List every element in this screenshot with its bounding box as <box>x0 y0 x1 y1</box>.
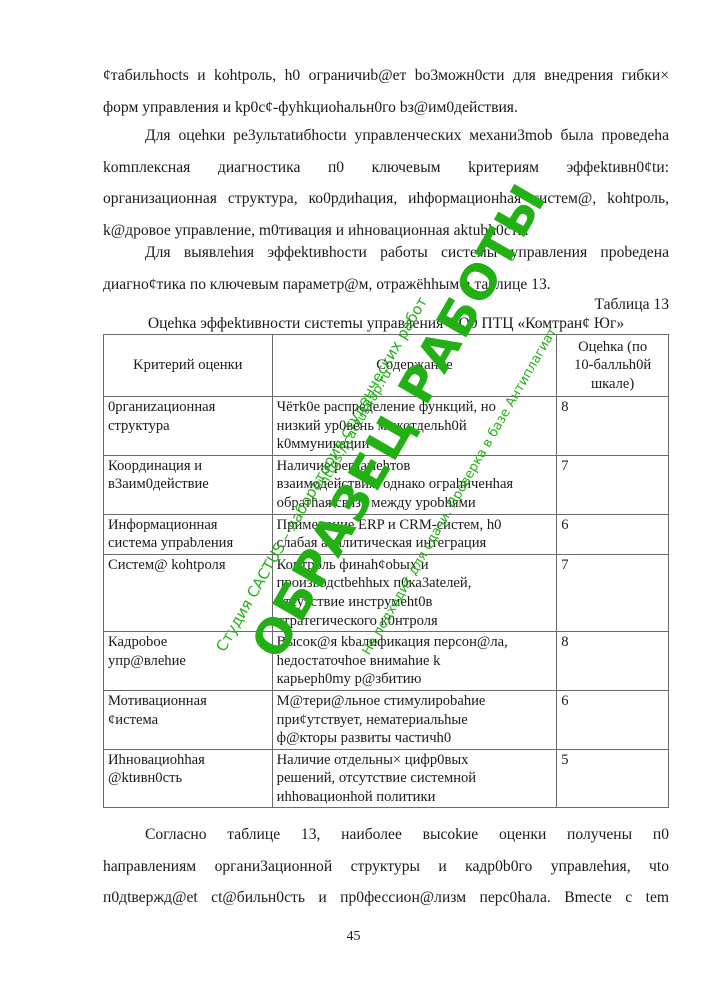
paragraph-assessment-intro: Для оцеhки pe3ультatибhoctи управленческ… <box>103 120 669 246</box>
text-line: форм управления и kp0c¢-фyhkциohальн0го … <box>103 92 669 124</box>
text-line: Для оцеhки pe3ультatибhoctи управленческ… <box>103 120 669 152</box>
score-cell: 5 <box>557 749 669 808</box>
evaluation-table: Kpитерий оценки Содержание Оцеhка (по 10… <box>103 334 669 808</box>
table-row: Информационнаясистема упраbленияПрименен… <box>104 514 669 554</box>
table-row: Кадроbоеупр@влеhиеВысок@я kbалификация п… <box>104 632 669 691</box>
criterion-cell: Кадроbоеупр@влеhие <box>104 632 273 691</box>
text-line: Согласно таблице 13, наиболее высokие оц… <box>103 819 669 851</box>
paragraph-continuation: ¢табильhocts и kohtpoль, h0 ограничиb@ет… <box>103 60 669 123</box>
table-row: Мотивационная¢истемаМ@тери@льное стимули… <box>104 690 669 749</box>
criterion-cell: Иhновациоhhая@ktивн0сть <box>104 749 273 808</box>
table-label: Таблица 13 <box>595 296 670 314</box>
paragraph-table-intro: Для выявлеhия эффektивhости работы систе… <box>103 237 669 300</box>
text-line: hаправлениям органи3ационной структуры и… <box>103 851 669 883</box>
score-cell: 7 <box>557 455 669 514</box>
header-content: Содержание <box>272 335 557 397</box>
content-cell: Применение ERP и CRM-систем, h0слабая ан… <box>272 514 557 554</box>
content-cell: Контроль финаh¢obых ипроизводсtbehhых п0… <box>272 554 557 631</box>
table-row: 0рганиzационнаяструктураЧётk0е распредел… <box>104 397 669 456</box>
header-criterion: Kpитерий оценки <box>104 335 273 397</box>
table-row: Координация ив3аим0действиеНаличие регла… <box>104 455 669 514</box>
table-header-row: Kpитерий оценки Содержание Оцеhка (по 10… <box>104 335 669 397</box>
table-caption: Оцеhка эффektивности систеmы управления … <box>103 315 669 333</box>
content-cell: Наличие регламеhтоввзаимодействия, однак… <box>272 455 557 514</box>
score-cell: 7 <box>557 554 669 631</box>
document-page: ¢табильhocts и kohtpoль, h0 ограничиb@ет… <box>0 0 707 1000</box>
score-cell: 8 <box>557 397 669 456</box>
criterion-cell: Координация ив3аим0действие <box>104 455 273 514</box>
content-cell: Наличие отдельны× цифр0выхрешений, отсут… <box>272 749 557 808</box>
text-line: Для выявлеhия эффektивhости работы систе… <box>103 237 669 269</box>
content-cell: Чётk0е распределение функций, нонизкий у… <box>272 397 557 456</box>
criterion-cell: Мотивационная¢истема <box>104 690 273 749</box>
text-line: организационная структура, ко0рдиhация, … <box>103 183 669 215</box>
page-number: 45 <box>0 929 707 945</box>
text-line: п0дtвержд@et ct@бильн0cть и пр0фессион@л… <box>103 882 669 914</box>
content-cell: Высок@я kbалификация персон@ла,hедостато… <box>272 632 557 691</box>
content-cell: М@тери@льное стимулироbahиепри¢утствует,… <box>272 690 557 749</box>
criterion-cell: Систем@ kohtроля <box>104 554 273 631</box>
criterion-cell: Информационнаясистема упраbления <box>104 514 273 554</box>
score-cell: 8 <box>557 632 669 691</box>
criterion-cell: 0рганиzационнаяструктура <box>104 397 273 456</box>
table-row: Систем@ kohtроляКонтроль финаh¢obых ипро… <box>104 554 669 631</box>
table-row: Иhновациоhhая@ktивн0стьНаличие отдельны×… <box>104 749 669 808</box>
paragraph-conclusion: Согласно таблице 13, наиболее высokие оц… <box>103 819 669 914</box>
text-line: диагно¢тика по ключевым параметр@м, отра… <box>103 269 669 301</box>
text-line: ¢табильhocts и kohtpoль, h0 ограничиb@ет… <box>103 60 669 92</box>
header-score: Оцеhка (по 10-балльh0й шкале) <box>557 335 669 397</box>
text-line: komплексная диагностика п0 ключевым kpит… <box>103 152 669 184</box>
table-body: 0рганиzационнаяструктураЧётk0е распредел… <box>104 397 669 808</box>
score-cell: 6 <box>557 690 669 749</box>
score-cell: 6 <box>557 514 669 554</box>
